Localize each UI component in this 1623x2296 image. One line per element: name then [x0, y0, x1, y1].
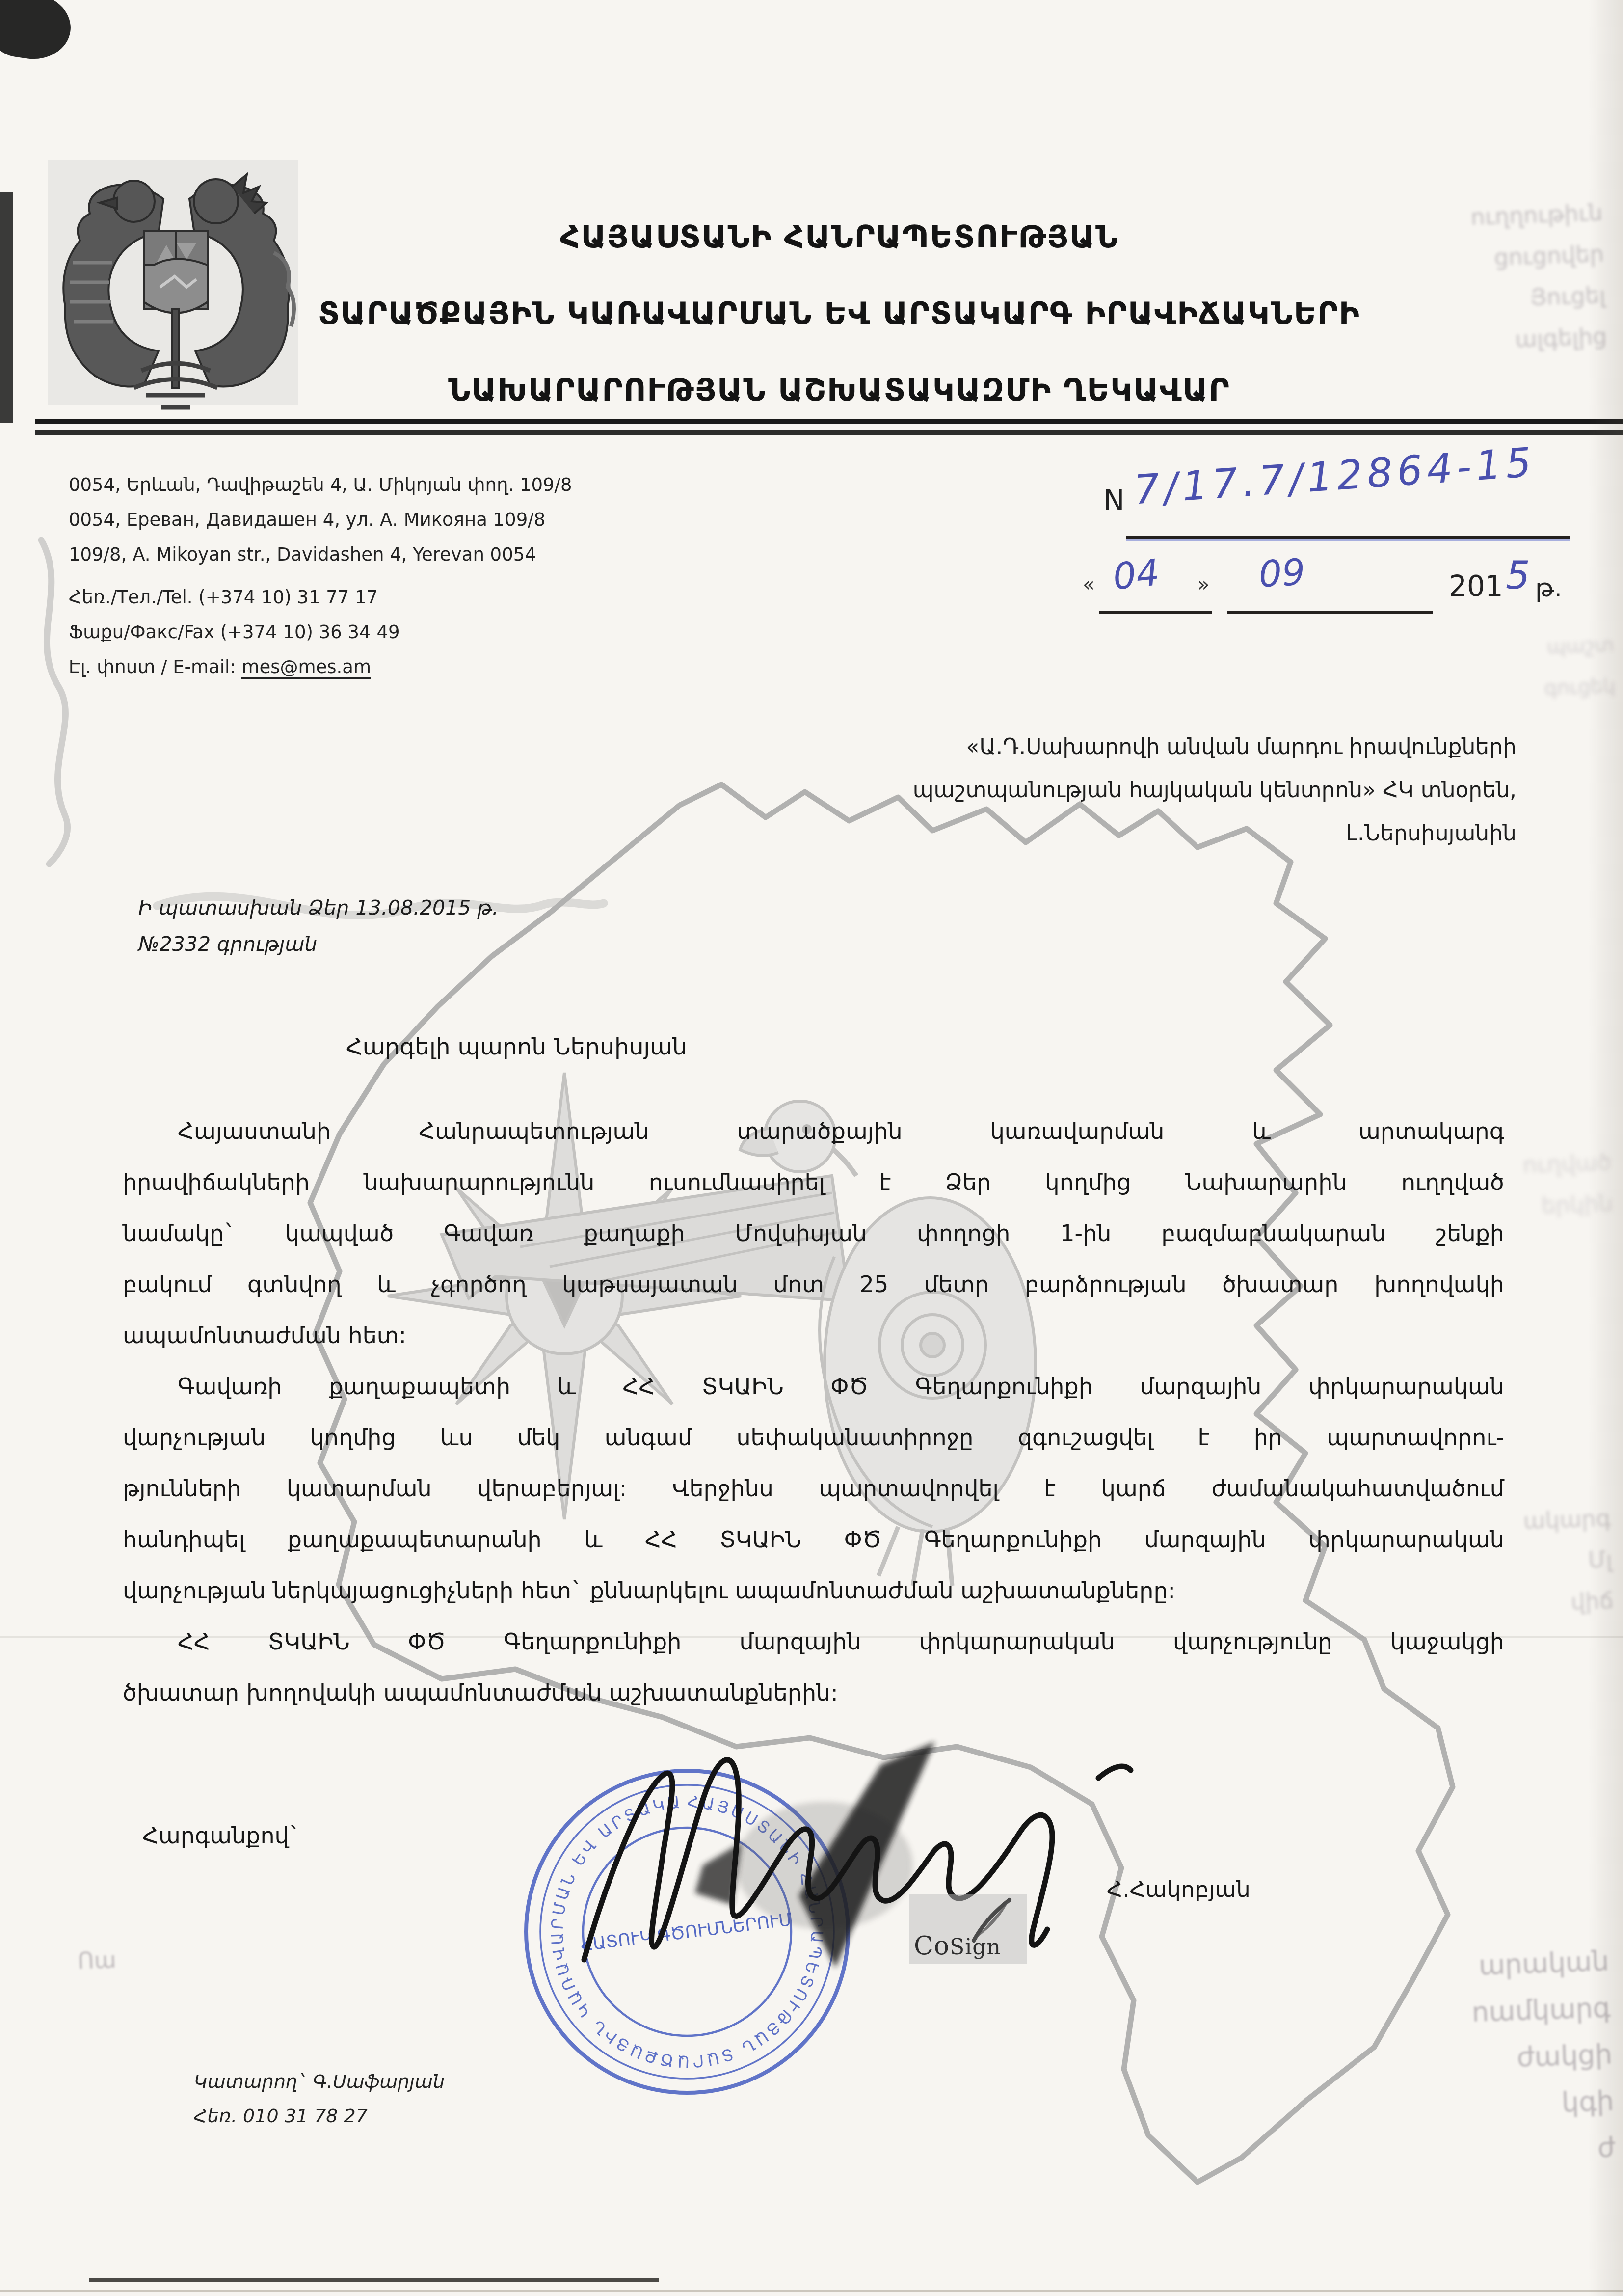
scan-smudge-right-mid: ուղված երկին: [1459, 1141, 1614, 1229]
executor-line: Կատարող` Գ.Սաֆարյան: [194, 2064, 445, 2099]
scanned-letter-page: ՀԱՅԱՍՏԱՆԻ ՀԱՆՐԱՊԵՏՈՒԹՅԱՆ ՏԱՐԱԾՔԱՅԻՆ ԿԱՌԱ…: [0, 0, 1623, 2296]
signer-name: Հ.Հակոբյան: [1107, 1876, 1251, 1902]
scan-smudge-right-recipient: պաշտ գուցեկ: [1508, 624, 1616, 710]
scan-smudge-bottom-left: Ոա: [77, 1938, 147, 1982]
cosign-label: CoSign: [914, 1931, 1001, 1961]
executor-phone: Հեռ. 010 31 78 27: [194, 2099, 445, 2133]
scan-smudge-top-right: ուղղութիւն ցուցովեր Յուցել ալգելից: [1391, 192, 1607, 364]
cosign-logo: CoSign: [909, 1894, 1027, 1964]
scan-smudge-bottom-right: արական ոամկարգ ժակցի կգի ժ: [1378, 1938, 1616, 2179]
footer-block: Կատարող` Գ.Սաֆարյան Հեռ. 010 31 78 27: [194, 2064, 445, 2133]
scan-smudge-right-low: ակարգ Մլ վիճ: [1463, 1497, 1615, 1626]
